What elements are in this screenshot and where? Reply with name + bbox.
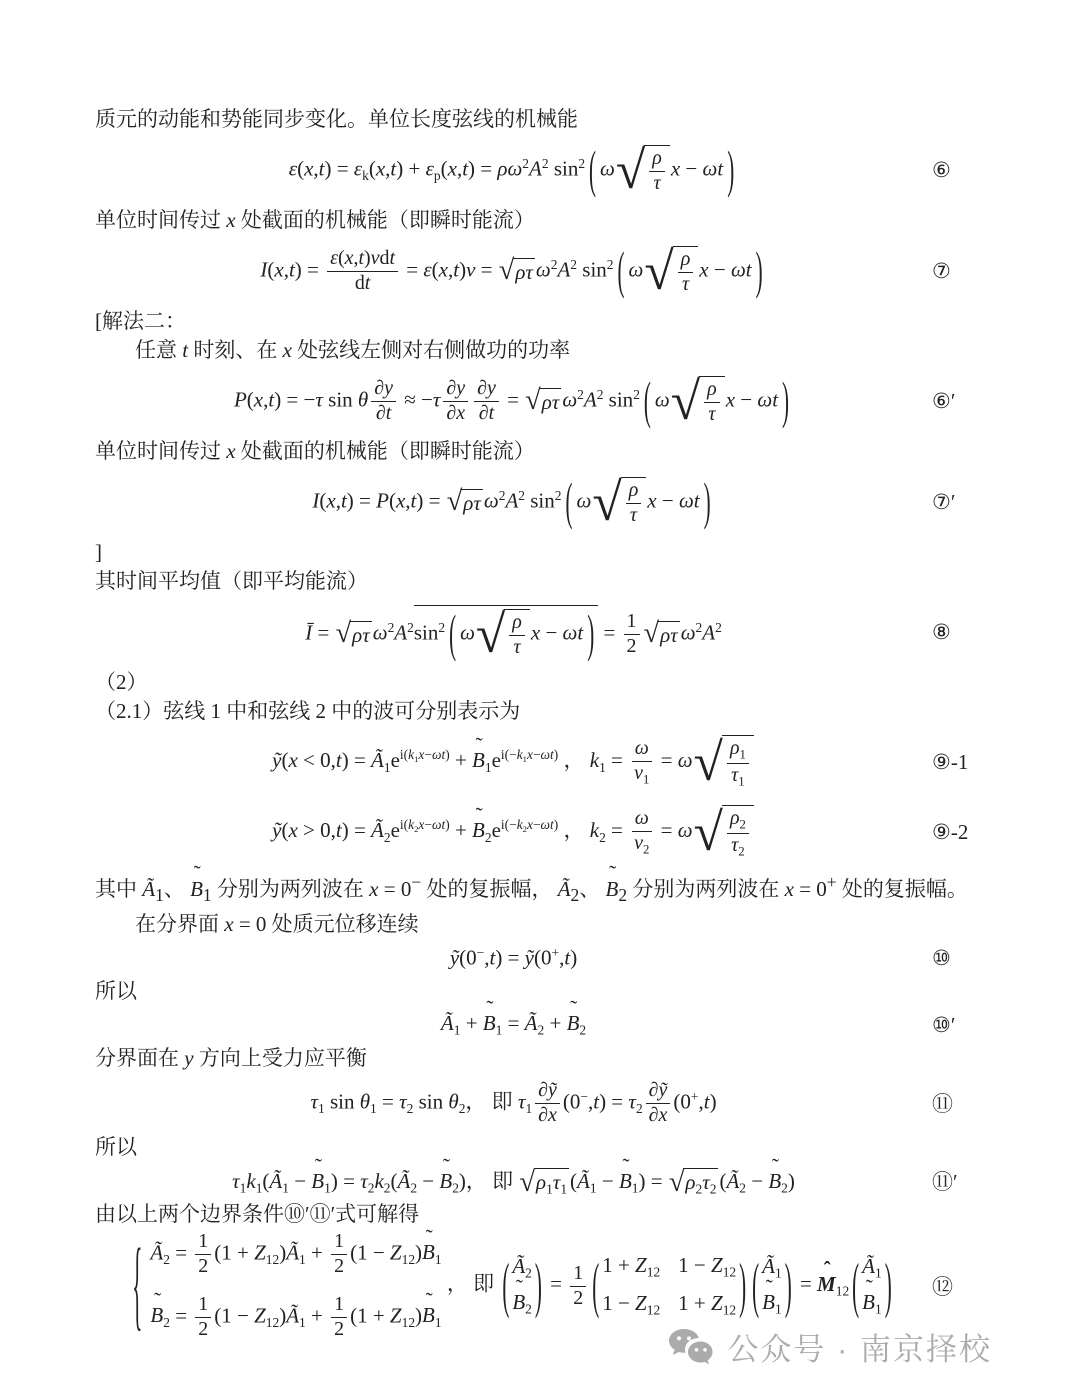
text-line-complex-amplitudes: 其中 Ã1、 B1 分别为两列波在 x = 0− 处的复振幅， Ã2、 B2 分… [95, 869, 990, 909]
equation-8-math: Ī = √ρτω2A2 sin2(ω√ρτx − ωt) = 12√ρτω2A2 [95, 605, 932, 660]
text-line-method2-close: ] [95, 539, 990, 566]
equation-10-label: ⑩ [932, 946, 990, 971]
equation-row-6: ε(x,t) = εk(x,t) + εp(x,t) = ρω2A2 sin2(… [95, 135, 990, 205]
watermark-footer: 公众号 · 南京择校 [667, 1324, 992, 1369]
text-line-power-statement: 任意 t 时刻、在 x 处弦线左侧对右侧做功的功率 [95, 337, 990, 364]
equation-9-2-label: ⑨-2 [932, 820, 990, 845]
text-line-force-balance: 分界面在 y 方向上受力应平衡 [95, 1045, 990, 1072]
equation-9-2-math: ỹ(x > 0,t) = Ã2ei(k2x−ωt) + B2ei(−k2x−ωt… [95, 805, 932, 860]
equation-row-6prime: P(x,t) = −τ sin θ∂y∂t ≈ −τ∂y∂x∂y∂t = √ρτ… [95, 366, 990, 436]
equation-7-label: ⑦ [932, 259, 990, 284]
equation-6prime-label: ⑥′ [932, 389, 990, 414]
equation-7prime-label: ⑦′ [932, 490, 990, 515]
equation-8-label: ⑧ [932, 620, 990, 645]
equation-11-math: τ1 sin θ1 = τ2 sin θ2， 即 τ1∂ỹ∂x(0−,t) = … [95, 1079, 932, 1128]
equation-12-label: ⑫ [932, 1271, 990, 1301]
equation-row-11: τ1 sin θ1 = τ2 sin θ2， 即 τ1∂ỹ∂x(0−,t) = … [95, 1074, 990, 1132]
document-page: 质元的动能和势能同步变化。单位长度弦线的机械能 ε(x,t) = εk(x,t)… [95, 104, 990, 1342]
text-line-instant-flux-1: 单位时间传过 x 处截面的机械能（即瞬时能流） [95, 207, 990, 234]
equation-7prime-math: I(x,t) = P(x,t) = √ρτω2A2 sin2(ω√ρτx − ω… [95, 477, 932, 528]
wechat-icon [667, 1326, 715, 1368]
equation-9-1-label: ⑨-1 [932, 750, 990, 775]
text-line-suoyi-2: 所以 [95, 1134, 990, 1161]
text-line-method2-open: [解法二： [95, 308, 990, 335]
equation-row-9-2: ỹ(x > 0,t) = Ã2ei(k2x−ωt) + B2ei(−k2x−ωt… [95, 797, 990, 867]
equation-row-9-1: ỹ(x < 0,t) = Ã1ei(k1x−ωt) + B1ei(−k1x−ωt… [95, 727, 990, 797]
equation-7-math: I(x,t) = ε(x,t)vdtdt = ε(x,t)v = √ρτω2A2… [95, 246, 932, 297]
text-line-kinetic-potential: 质元的动能和势能同步变化。单位长度弦线的机械能 [95, 106, 990, 133]
text-line-part2-1: （2.1）弦线 1 中和弦线 2 中的波可分别表示为 [95, 698, 990, 725]
equation-row-10: ỹ(0−,t) = ỹ(0+,t) ⑩ [95, 940, 990, 976]
text-line-boundary-conditions: 由以上两个边界条件⑩′⑪′式可解得 [95, 1201, 990, 1228]
equation-row-7prime: I(x,t) = P(x,t) = √ρτω2A2 sin2(ω√ρτx − ω… [95, 467, 990, 537]
equation-6prime-math: P(x,t) = −τ sin θ∂y∂t ≈ −τ∂y∂x∂y∂t = √ρτ… [95, 376, 932, 427]
equation-11prime-math: τ1k1(Ã1 − B1) = τ2k2(Ã2 − B2)， 即 √ρ1τ1(Ã… [95, 1165, 932, 1198]
watermark-text: 公众号 · 南京择校 [727, 1324, 992, 1369]
text-line-instant-flux-2: 单位时间传过 x 处截面的机械能（即瞬时能流） [95, 438, 990, 465]
equation-10-math: ỹ(0−,t) = ỹ(0+,t) [95, 945, 932, 970]
equation-10prime-label: ⑩′ [932, 1013, 990, 1038]
equation-row-7: I(x,t) = ε(x,t)vdtdt = ε(x,t)v = √ρτω2A2… [95, 236, 990, 306]
equation-row-11prime: τ1k1(Ã1 − B1) = τ2k2(Ã2 − B2)， 即 √ρ1τ1(Ã… [95, 1163, 990, 1199]
equation-11prime-label: ⑪′ [932, 1166, 990, 1196]
equation-11-label: ⑪ [932, 1088, 990, 1118]
text-line-continuity: 在分界面 x = 0 处质元位移连续 [95, 911, 990, 938]
equation-6-label: ⑥ [932, 158, 990, 183]
equation-10prime-math: Ã1 + B1 = Ã2 + B2 [95, 1011, 932, 1039]
equation-row-10prime: Ã1 + B1 = Ã2 + B2 ⑩′ [95, 1007, 990, 1043]
text-line-suoyi-1: 所以 [95, 978, 990, 1005]
text-line-part2: （2） [95, 669, 990, 696]
equation-9-1-math: ỹ(x < 0,t) = Ã1ei(k1x−ωt) + B1ei(−k1x−ωt… [95, 735, 932, 790]
equation-row-8: Ī = √ρτω2A2 sin2(ω√ρτx − ωt) = 12√ρτω2A2… [95, 597, 990, 667]
text-line-time-average: 其时间平均值（即平均能流） [95, 568, 990, 595]
equation-6-math: ε(x,t) = εk(x,t) + εp(x,t) = ρω2A2 sin2(… [95, 145, 932, 196]
